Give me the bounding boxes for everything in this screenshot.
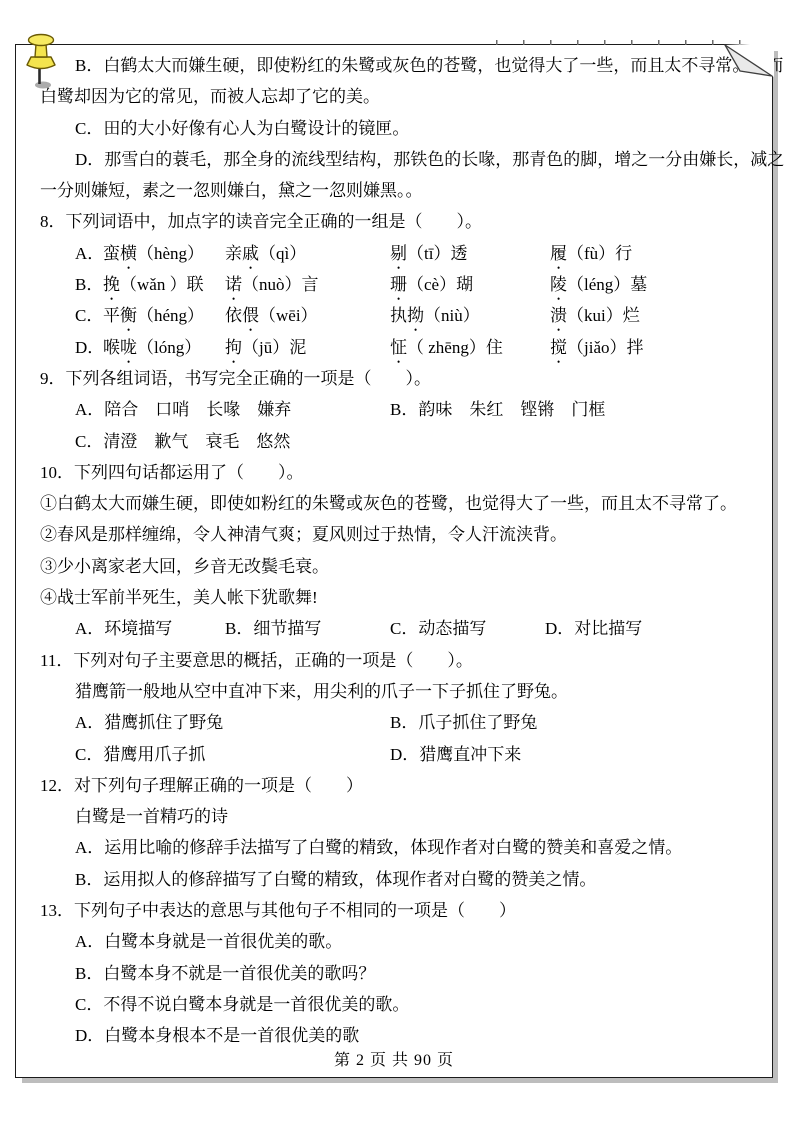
pinyin-term: 平衡（héng） [103,300,225,331]
term-post: （fù）行 [567,244,632,263]
pinyin-term: 执拗（niù） [390,300,550,331]
term-pre: 蛮 [103,244,120,263]
term-post: （léng）墓 [567,275,647,294]
pinyin-term: 依偎（wēi） [225,300,390,331]
q8-option-row-c: C． 平衡（héng） 依偎（wēi） 执拗（niù） 溃（kui）烂 [40,300,764,331]
dotted-char: 偎 [242,306,259,325]
term-post: （nuò）言 [242,275,319,294]
q7-option-b-line1: B．白鹤太大而嫌生硬，即使粉红的朱鹭或灰色的苍鹭，也觉得大了一些，而且太不寻常。… [40,50,764,81]
dotted-char: 怔 [390,338,407,357]
dotted-char: 珊 [390,275,407,294]
q7-option-d-line1: D．那雪白的蓑毛，那全身的流线型结构，那铁色的长喙，那青色的脚，增之一分由嫌长，… [40,144,764,175]
q10-option-d: D．对比描写 [545,613,642,644]
term-post: （jiǎo）拌 [567,338,644,357]
pinyin-term: 喉咙（lóng） [103,332,225,363]
dotted-char: 诺 [225,275,242,294]
pinyin-term: 拘（jū）泥 [225,332,390,363]
pinyin-term: 陵（léng）墓 [550,269,764,300]
pinyin-term: 蛮横（hèng） [103,238,225,269]
term-post: （wǎn ）联 [120,275,204,294]
q10-sentence-1: ①白鹤太大而嫌生硬，即使如粉红的朱鹭或灰色的苍鹭，也觉得大了一些，而且太不寻常了… [40,488,764,519]
q12-option-b: B．运用拟人的修辞描写了白鹭的精致，体现作者对白鹭的赞美之情。 [40,864,764,895]
pinyin-term: 搅（jiǎo）拌 [550,332,764,363]
q12-stem: 12．对下列句子理解正确的一项是（ ） [40,770,764,801]
q13-stem: 13．下列句子中表达的意思与其他句子不相同的一项是（ ） [40,895,764,926]
q7-option-d-line2: 一分则嫌短，素之一忽则嫌白，黛之一忽则嫌黑。。 [40,175,764,206]
term-pre: 亲 [225,244,242,263]
dotted-char: 搅 [550,338,567,357]
q10-sentence-2: ②春风是那样缠绵，令人神清气爽；夏风则过于热情，令人汗流浃背。 [40,519,764,550]
option-label: D． [75,332,103,363]
term-post: （ zhēng）住 [407,338,503,357]
dotted-char: 溃 [550,306,567,325]
exam-page: B．白鹤太大而嫌生硬，即使粉红的朱鹭或灰色的苍鹭，也觉得大了一些，而且太不寻常。… [15,44,773,1078]
option-label: A． [75,238,103,269]
q11-options-row2: C．猎鹰用爪子抓 D．猎鹰直冲下来 [40,739,764,770]
option-label: B． [75,269,103,300]
dotted-char: 挽 [103,275,120,294]
q10-sentence-3: ③少小离家老大回，乡音无改鬓毛衰。 [40,551,764,582]
q13-option-b: B．白鹭本身不就是一首很优美的歌吗？ [40,958,764,989]
q10-option-c: C．动态描写 [390,613,545,644]
q8-option-row-d: D． 喉咙（lóng） 拘（jū）泥 怔（ zhēng）住 搅（jiǎo）拌 [40,332,764,363]
q8-option-row-b: B． 挽（wǎn ）联 诺（nuò）言 珊（cè）瑚 陵（léng）墓 [40,269,764,300]
q12-sentence: 白鹭是一首精巧的诗 [40,801,764,832]
dotted-char: 履 [550,244,567,263]
term-post: （kui）烂 [567,306,640,325]
q13-option-a: A．白鹭本身就是一首很优美的歌。 [40,926,764,957]
q11-option-d: D．猎鹰直冲下来 [390,739,521,770]
q9-option-a: A．陪合 口哨 长喙 嫌弃 [75,394,390,425]
dotted-char: 陵 [550,275,567,294]
term-post: （jū）泥 [242,338,306,357]
pushpin-icon [22,32,62,90]
dotted-char: 戚 [242,244,259,263]
term-post: （lóng） [137,338,201,357]
term-post: （wēi） [259,306,318,325]
q7-option-c: C．田的大小好像有心人为白鹭设计的镜匣。 [40,113,764,144]
dotted-char: 衡 [120,306,137,325]
pinyin-term: 溃（kui）烂 [550,300,764,331]
pinyin-term: 剔（tī）透 [390,238,550,269]
q7-option-b-line2: 白鹭却因为它的常见，而被人忘却了它的美。 [40,81,764,112]
dotted-char: 拗 [407,306,424,325]
q11-stem: 11．下列对句子主要意思的概括，正确的一项是（ ）。 [40,645,764,676]
option-label: C． [75,300,103,331]
q12-option-a: A．运用比喻的修辞手法描写了白鹭的精致，体现作者对白鹭的赞美和喜爱之情。 [40,832,764,863]
scan-tick-marks [496,40,746,45]
q9-options-row1: A．陪合 口哨 长喙 嫌弃 B．韵味 朱红 铿锵 门框 [40,394,764,425]
pinyin-term: 履（fù）行 [550,238,764,269]
term-post: （tī）透 [407,244,467,263]
term-post: （héng） [137,306,204,325]
q9-option-b: B．韵味 朱红 铿锵 门框 [390,394,605,425]
dotted-char: 拘 [225,338,242,357]
term-pre: 喉 [103,338,120,357]
q8-option-row-a: A． 蛮横（hèng） 亲戚（qì） 剔（tī）透 履（fù）行 [40,238,764,269]
term-pre: 平 [103,306,120,325]
dotted-char: 咙 [120,338,137,357]
q11-option-a: A．猎鹰抓住了野兔 [75,707,390,738]
q10-sentence-4: ④战士军前半死生，美人帐下犹歌舞! [40,582,764,613]
term-post: （cè）瑚 [407,275,473,294]
q11-option-c: C．猎鹰用爪子抓 [75,739,390,770]
q10-option-a: A．环境描写 [75,613,225,644]
q9-stem: 9．下列各组词语，书写完全正确的一项是（ ）。 [40,363,764,394]
q10-options-row: A．环境描写 B．细节描写 C．动态描写 D．对比描写 [40,613,764,644]
pinyin-term: 怔（ zhēng）住 [390,332,550,363]
term-post: （niù） [424,306,480,325]
term-pre: 依 [225,306,242,325]
term-pre: 执 [390,306,407,325]
pinyin-term: 挽（wǎn ）联 [103,269,225,300]
pinyin-term: 诺（nuò）言 [225,269,390,300]
q11-sentence: 猎鹰箭一般地从空中直冲下来，用尖利的爪子一下子抓住了野兔。 [40,676,764,707]
q11-option-b: B．爪子抓住了野兔 [390,707,537,738]
dotted-char: 剔 [390,244,407,263]
q10-option-b: B．细节描写 [225,613,390,644]
page-content: B．白鹤太大而嫌生硬，即使粉红的朱鹭或灰色的苍鹭，也觉得大了一些，而且太不寻常。… [16,45,772,1052]
q13-option-c: C．不得不说白鹭本身就是一首很优美的歌。 [40,989,764,1020]
pinyin-term: 珊（cè）瑚 [390,269,550,300]
pinyin-term: 亲戚（qì） [225,238,390,269]
page-number: 第 2 页 共 90 页 [16,1047,772,1070]
term-post: （qì） [259,244,306,263]
q8-stem: 8．下列词语中，加点字的读音完全正确的一组是（ ）。 [40,206,764,237]
q11-options-row1: A．猎鹰抓住了野兔 B．爪子抓住了野兔 [40,707,764,738]
dotted-char: 横 [120,244,137,263]
q10-stem: 10．下列四句话都运用了（ ）。 [40,457,764,488]
folded-corner-icon [724,43,774,79]
q9-option-c: C．清澄 歉气 衰毛 悠然 [40,426,764,457]
term-post: （hèng） [137,244,204,263]
